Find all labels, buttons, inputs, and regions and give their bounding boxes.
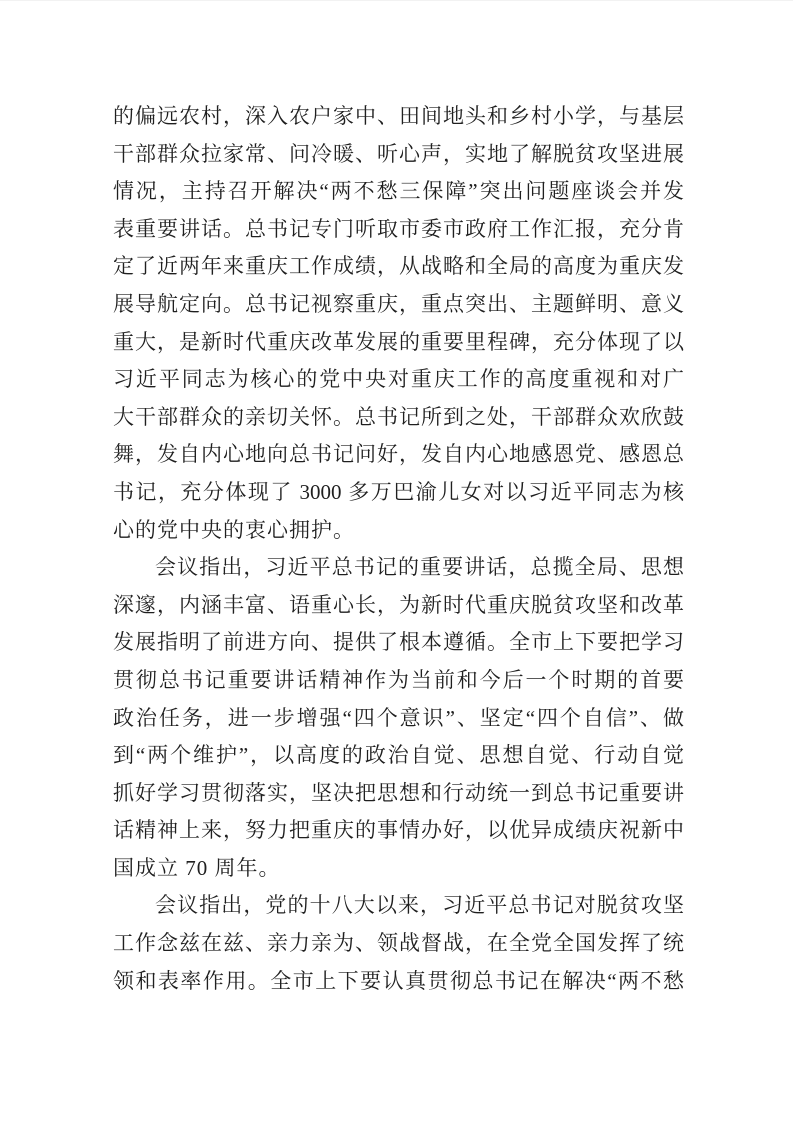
text-line: 表重要讲话。总书记专门听取市委市政府工作汇报，充分肯 — [113, 211, 684, 249]
text-line: 定了近两年来重庆工作成绩，从战略和全局的高度为重庆发 — [113, 248, 684, 286]
text-line: 舞，发自内心地向总书记问好，发自内心地感恩党、感恩总 — [113, 436, 684, 474]
text-line: 领和表率作用。全市上下要认真贯彻总书记在解决“两不愁 — [113, 963, 684, 1001]
text-line: 展导航定向。总书记视察重庆，重点突出、主题鲜明、意义 — [113, 286, 684, 324]
text-line: 情况，主持召开解决“两不愁三保障”突出问题座谈会并发 — [113, 173, 684, 211]
text-line: 国成立 70 周年。 — [113, 850, 684, 888]
text-line: 的偏远农村，深入农户家中、田间地头和乡村小学，与基层 — [113, 98, 684, 136]
text-line: 重大，是新时代重庆改革发展的重要里程碑，充分体现了以 — [113, 324, 684, 362]
text-line: 工作念兹在兹、亲力亲为、领战督战，在全党全国发挥了统 — [113, 925, 684, 963]
text-line: 贯彻总书记重要讲话精神作为当前和今后一个时期的首要 — [113, 662, 684, 700]
text-line: 大干部群众的亲切关怀。总书记所到之处，干部群众欢欣鼓 — [113, 399, 684, 437]
text-line: 习近平同志为核心的党中央对重庆工作的高度重视和对广 — [113, 361, 684, 399]
text-line: 抓好学习贯彻落实，坚决把思想和行动统一到总书记重要讲 — [113, 775, 684, 813]
text-line: 到“两个维护”，以高度的政治自觉、思想自觉、行动自觉 — [113, 737, 684, 775]
text-line: 会议指出，党的十八大以来，习近平总书记对脱贫攻坚 — [113, 887, 684, 925]
text-line: 发展指明了前进方向、提供了根本遵循。全市上下要把学习 — [113, 624, 684, 662]
text-line: 干部群众拉家常、问冷暖、听心声，实地了解脱贫攻坚进展 — [113, 136, 684, 174]
text-line: 话精神上来，努力把重庆的事情办好，以优异成绩庆祝新中 — [113, 812, 684, 850]
document-page: 的偏远农村，深入农户家中、田间地头和乡村小学，与基层干部群众拉家常、问冷暖、听心… — [0, 0, 793, 1122]
document-text-block: 的偏远农村，深入农户家中、田间地头和乡村小学，与基层干部群众拉家常、问冷暖、听心… — [113, 98, 684, 1000]
paragraph: 会议指出，习近平总书记的重要讲话，总揽全局、思想深邃，内涵丰富、语重心长，为新时… — [113, 549, 684, 887]
text-line: 深邃，内涵丰富、语重心长，为新时代重庆脱贫攻坚和改革 — [113, 587, 684, 625]
text-line: 会议指出，习近平总书记的重要讲话，总揽全局、思想 — [113, 549, 684, 587]
paragraph: 会议指出，党的十八大以来，习近平总书记对脱贫攻坚工作念兹在兹、亲力亲为、领战督战… — [113, 887, 684, 1000]
paragraph: 的偏远农村，深入农户家中、田间地头和乡村小学，与基层干部群众拉家常、问冷暖、听心… — [113, 98, 684, 549]
text-line: 书记，充分体现了 3000 多万巴渝儿女对以习近平同志为核 — [113, 474, 684, 512]
text-line: 政治任务，进一步增强“四个意识”、坚定“四个自信”、做 — [113, 700, 684, 738]
text-line: 心的党中央的衷心拥护。 — [113, 512, 684, 550]
